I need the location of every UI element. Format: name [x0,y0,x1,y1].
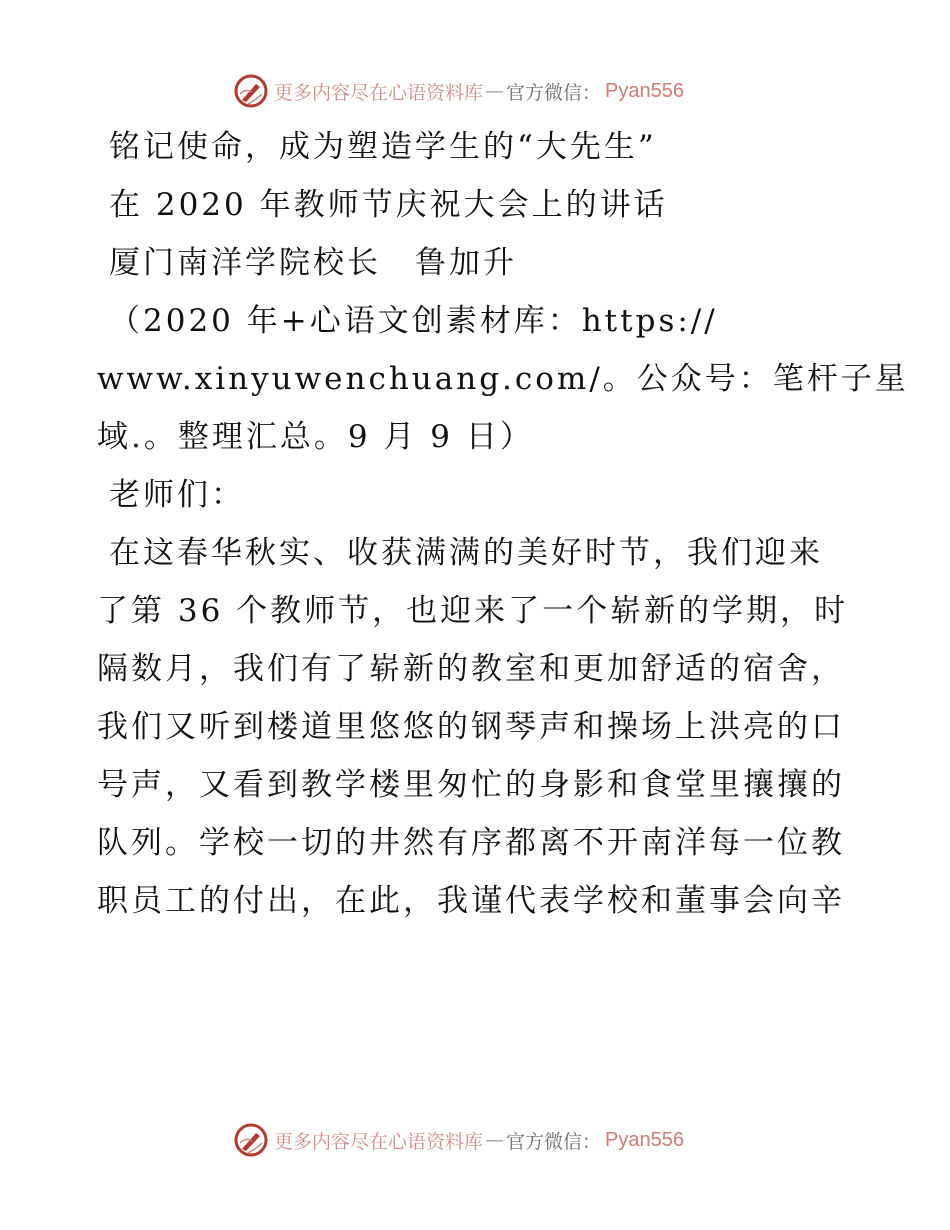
promo-text: 更多内容尽在心语资料库 [274,1127,483,1154]
body-line: 号声，又看到教学楼里匆忙的身影和食堂里攘攘的 [97,756,857,814]
pen-nib-logo-icon [234,74,268,108]
document-author: 厦门南洋学院校长 鲁加升 [97,234,857,292]
source-note-line: 域.。整理汇总。9 月 9 日） [97,408,857,466]
footer-watermark-banner: 更多内容尽在心语资料库 — 官方微信： Pyan556 [234,1122,684,1158]
wechat-label: 官方微信： [506,78,601,105]
document-title: 铭记使命，成为塑造学生的“大先生” [97,118,857,176]
promo-text: 更多内容尽在心语资料库 [274,78,483,105]
document-page: 铭记使命，成为塑造学生的“大先生” 在 2020 年教师节庆祝大会上的讲话 厦门… [97,118,857,930]
wechat-id: Pyan556 [605,80,684,103]
header-watermark-banner: 更多内容尽在心语资料库 — 官方微信： Pyan556 [234,73,684,109]
source-note-line: www.xinyuwenchuang.com/。公众号：笔杆子星 [97,350,857,408]
pen-nib-logo-icon [234,1123,268,1157]
wechat-id: Pyan556 [605,1129,684,1152]
separator-dash: — [485,80,504,102]
body-line: 我们又听到楼道里悠悠的钢琴声和操场上洪亮的口 [97,698,857,756]
body-line: 隔数月，我们有了崭新的教室和更加舒适的宿舍， [97,640,857,698]
body-line: 职员工的付出，在此，我谨代表学校和董事会向辛 [97,872,857,930]
source-note-line: （2020 年+心语文创素材库：https:// [97,292,857,350]
body-line: 了第 36 个教师节，也迎来了一个崭新的学期，时 [97,582,857,640]
wechat-label: 官方微信： [506,1127,601,1154]
body-line: 队列。学校一切的井然有序都离不开南洋每一位教 [97,814,857,872]
salutation: 老师们： [97,466,857,524]
separator-dash: — [485,1129,504,1151]
document-subtitle: 在 2020 年教师节庆祝大会上的讲话 [97,176,857,234]
body-line: 在这春华秋实、收获满满的美好时节，我们迎来 [97,524,857,582]
